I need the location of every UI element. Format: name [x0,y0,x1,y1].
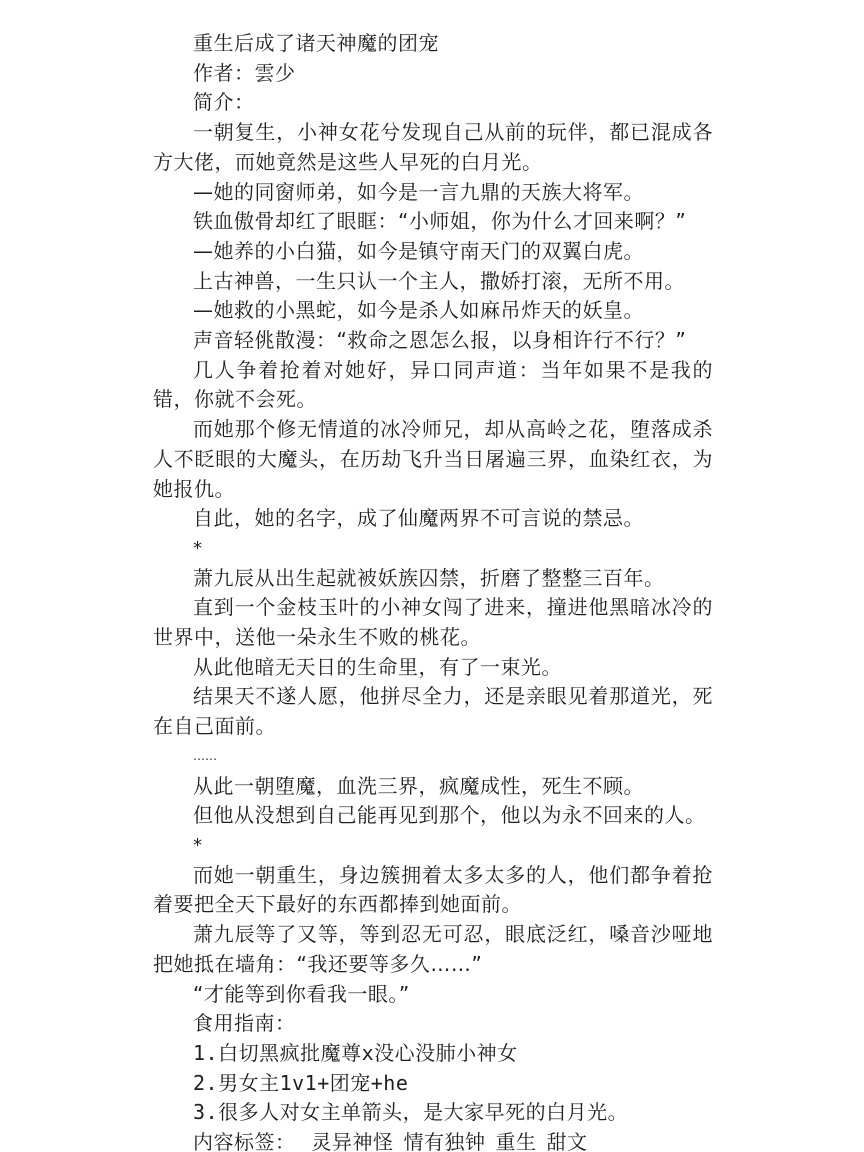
author-line: 作者：雲少 [153,59,713,89]
book-title: 重生后成了诸天神魔的团宠 [153,29,713,59]
paragraph: 但他从没想到自己能再见到那个，他以为永不回来的人。 [153,801,713,831]
paragraph: 自此，她的名字，成了仙魔两界不可言说的禁忌。 [153,504,713,534]
novel-description: 重生后成了诸天神魔的团宠 作者：雲少 简介： 一朝复生，小神女花兮发现自己从前的… [153,29,713,1152]
paragraph: —她的同窗师弟，如今是一言九鼎的天族大将军。 [153,178,713,208]
paragraph: 从此他暗无天日的生命里，有了一束光。 [153,653,713,683]
paragraph: 上古神兽，一生只认一个主人，撒娇打滚，无所不用。 [153,267,713,297]
paragraph: 从此一朝堕魔，血洗三界，疯魔成性，死生不顾。 [153,772,713,802]
tag: 灵异神怪 [312,1130,394,1152]
paragraph: —她救的小黑蛇，如今是杀人如麻吊炸天的妖皇。 [153,296,713,326]
paragraph: 而她那个修无情道的冰冷师兄，却从高岭之花，堕落成杀人不眨眼的大魔头，在历劫飞升当… [153,415,713,504]
paragraph: 萧九辰等了又等，等到忍无可忍，眼底泛红，嗓音沙哑地把她抵在墙角：“我还要等多久…… [153,920,713,979]
section-separator: * [153,534,713,564]
guide-item: 2.男女主1v1+团宠+he [153,1069,713,1099]
guide-item: 1.白切黑疯批魔尊x没心没肺小神女 [153,1039,713,1069]
guide-item: 3.很多人对女主单箭头，是大家早死的白月光。 [153,1098,713,1128]
tag: 情有独钟 [404,1130,486,1152]
intro-label: 简介： [153,88,713,118]
tag: 甜文 [547,1130,588,1152]
paragraph: 铁血傲骨却红了眼眶：“小师姐，你为什么才回来啊？” [153,207,713,237]
paragraph: 一朝复生，小神女花兮发现自己从前的玩伴，都已混成各方大佬，而她竟然是这些人早死的… [153,118,713,177]
paragraph: 而她一朝重生，身边簇拥着太多太多的人，他们都争着抢着要把全天下最好的东西都捧到她… [153,861,713,920]
section-separator: * [153,831,713,861]
paragraph: “才能等到你看我一眼。” [153,980,713,1010]
paragraph: 直到一个金枝玉叶的小神女闯了进来，撞进他黑暗冰冷的世界中，送他一朵永生不败的桃花… [153,593,713,652]
paragraph: 几人争着抢着对她好，异口同声道：当年如果不是我的错，你就不会死。 [153,356,713,415]
paragraph: 萧九辰从出生起就被妖族囚禁，折磨了整整三百年。 [153,564,713,594]
guide-label: 食用指南： [153,1009,713,1039]
paragraph: 声音轻佻散漫：“救命之恩怎么报，以身相许行不行？” [153,326,713,356]
content-tags: 内容标签：灵异神怪情有独钟重生甜文 [153,1128,713,1152]
paragraph: —她养的小白猫，如今是镇守南天门的双翼白虎。 [153,237,713,267]
tag: 重生 [496,1130,537,1152]
paragraph: 结果天不遂人愿，他拼尽全力，还是亲眼见着那道光，死在自己面前。 [153,682,713,741]
ellipsis-separator: …… [153,742,713,772]
tags-label: 内容标签： [193,1130,296,1152]
